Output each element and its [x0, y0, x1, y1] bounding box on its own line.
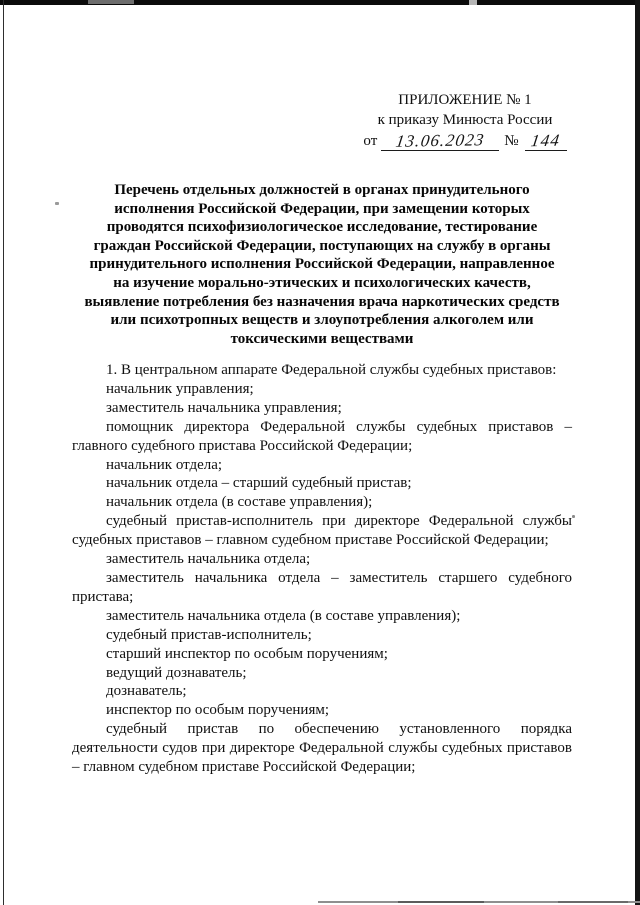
number-sign: №	[504, 133, 518, 149]
body-paragraph: судебный пристав-исполнитель при директо…	[72, 512, 572, 550]
scan-bottom-border-dark2	[558, 901, 628, 904]
order-reference-line: к приказу Минюста России	[358, 110, 572, 130]
body-paragraph: ведущий дознаватель;	[72, 664, 572, 683]
body-paragraph: начальник отдела (в составе управления);	[72, 493, 572, 512]
scan-right-border	[635, 0, 640, 905]
body-paragraph: дознаватель;	[72, 682, 572, 701]
body-paragraph: заместитель начальника управления;	[72, 399, 572, 418]
body-paragraph: начальник отдела;	[72, 456, 572, 475]
title-line: Перечень отдельных должностей в органах …	[72, 181, 572, 200]
body-paragraph: 1. В центральном аппарате Федеральной сл…	[72, 361, 572, 380]
title-line: токсическими веществами	[72, 330, 572, 349]
body-paragraph: заместитель начальника отдела – заместит…	[72, 569, 572, 607]
scan-top-border-gap	[469, 0, 477, 5]
title-line: исполнения Российской Федерации, при зам…	[72, 200, 572, 219]
appendix-header: ПРИЛОЖЕНИЕ № 1 к приказу Минюста России …	[358, 90, 572, 151]
body-paragraph: судебный пристав-исполнитель;	[72, 626, 572, 645]
body-paragraph: помощник директора Федеральной службы су…	[72, 418, 572, 456]
handwritten-date-underline: 13.06.2023	[381, 131, 499, 151]
title-line: выявление потребления без назначения вра…	[72, 293, 572, 312]
body-paragraph: инспектор по особым поручениям;	[72, 701, 572, 720]
order-dateline: от13.06.2023№144	[358, 131, 572, 151]
handwritten-number-underline: 144	[525, 131, 567, 151]
body-paragraph: старший инспектор по особым поручениям;	[72, 645, 572, 664]
title-line: или психотропных веществ и злоупотреблен…	[72, 311, 572, 330]
body-paragraph: заместитель начальника отдела (в составе…	[72, 607, 572, 626]
scan-bottom-border-dark	[398, 901, 484, 904]
handwritten-number: 144	[530, 132, 562, 151]
title-line: граждан Российской Федерации, поступающи…	[72, 237, 572, 256]
body-paragraph: начальник управления;	[72, 380, 572, 399]
handwritten-date: 13.06.2023	[395, 131, 486, 151]
body-paragraph: начальник отдела – старший судебный прис…	[72, 474, 572, 493]
body-paragraph: судебный пристав по обеспечению установл…	[72, 720, 572, 777]
scan-speck	[55, 202, 59, 205]
from-label: от	[363, 133, 377, 149]
scan-speck	[572, 515, 575, 518]
body-paragraph: заместитель начальника отдела;	[72, 550, 572, 569]
appendix-number-line: ПРИЛОЖЕНИЕ № 1	[358, 90, 572, 110]
title-line: принудительного исполнения Российской Фе…	[72, 255, 572, 274]
title-line: проводятся психофизиологическое исследов…	[72, 218, 572, 237]
document-body: 1. В центральном аппарате Федеральной сл…	[72, 361, 572, 777]
title-line: на изучение морально-этических и психоло…	[72, 274, 572, 293]
scan-left-border	[3, 0, 4, 905]
document-title: Перечень отдельных должностей в органах …	[72, 181, 572, 348]
scan-top-border-gray	[88, 0, 134, 4]
document-page: ПРИЛОЖЕНИЕ № 1 к приказу Минюста России …	[0, 0, 640, 905]
